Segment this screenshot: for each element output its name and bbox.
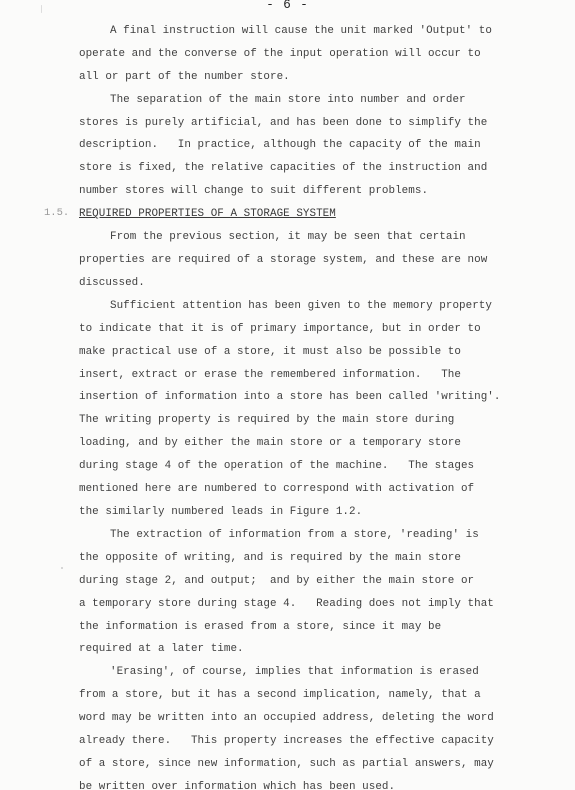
paragraph-line: be written over information which has be… xyxy=(79,780,395,790)
paragraph-line: operate and the converse of the input op… xyxy=(79,47,481,61)
paragraph-line: already there. This property increases t… xyxy=(79,734,494,748)
paragraph-line: during stage 4 of the operation of the m… xyxy=(79,459,474,473)
paragraph-line: word may be written into an occupied add… xyxy=(79,711,494,725)
paragraph-line: all or part of the number store. xyxy=(79,70,290,84)
paragraph-line: description. In practice, although the c… xyxy=(79,138,481,152)
paragraph-line: A final instruction will cause the unit … xyxy=(110,24,492,38)
paragraph-line: the opposite of writing, and is required… xyxy=(79,551,461,565)
section-heading: REQUIRED PROPERTIES OF A STORAGE SYSTEM xyxy=(79,207,336,221)
paragraph-line: From the previous section, it may be see… xyxy=(110,230,466,244)
paragraph-line: 'Erasing', of course, implies that infor… xyxy=(110,665,479,679)
paragraph-line: mentioned here are numbered to correspon… xyxy=(79,482,474,496)
paragraph-line: discussed. xyxy=(79,276,145,290)
paragraph-line: from a store, but it has a second implic… xyxy=(79,688,481,702)
paragraph-line: store is fixed, the relative capacities … xyxy=(79,161,487,175)
page-number: - 6 - xyxy=(0,0,575,12)
paragraph-line: number stores will change to suit differ… xyxy=(79,184,428,198)
paragraph-line: The extraction of information from a sto… xyxy=(110,528,479,542)
paragraph-line: insert, extract or erase the remembered … xyxy=(79,368,461,382)
paragraph-line: properties are required of a storage sys… xyxy=(79,253,487,267)
section-number: 1.5. xyxy=(44,207,69,219)
paragraph-line: of a store, since new information, such … xyxy=(79,757,494,771)
paragraph-line: the information is erased from a store, … xyxy=(79,620,441,634)
paragraph-line: The writing property is required by the … xyxy=(79,413,454,427)
paragraph-line: Sufficient attention has been given to t… xyxy=(110,299,492,313)
paragraph-line: during stage 2, and output; and by eithe… xyxy=(79,574,474,588)
paragraph-line: a temporary store during stage 4. Readin… xyxy=(79,597,494,611)
paragraph-line: the similarly numbered leads in Figure 1… xyxy=(79,505,362,519)
paragraph-line: The separation of the main store into nu… xyxy=(110,93,466,107)
paragraph-line: insertion of information into a store ha… xyxy=(79,390,500,404)
paragraph-line: make practical use of a store, it must a… xyxy=(79,345,461,359)
paragraph-line: stores is purely artificial, and has bee… xyxy=(79,116,487,130)
scan-mark xyxy=(41,5,42,13)
paragraph-line: loading, and by either the main store or… xyxy=(79,436,461,450)
scan-mark xyxy=(61,567,63,569)
document-page: - 6 - A final instruction will cause the… xyxy=(0,0,575,790)
paragraph-line: required at a later time. xyxy=(79,642,244,656)
paragraph-line: to indicate that it is of primary import… xyxy=(79,322,481,336)
